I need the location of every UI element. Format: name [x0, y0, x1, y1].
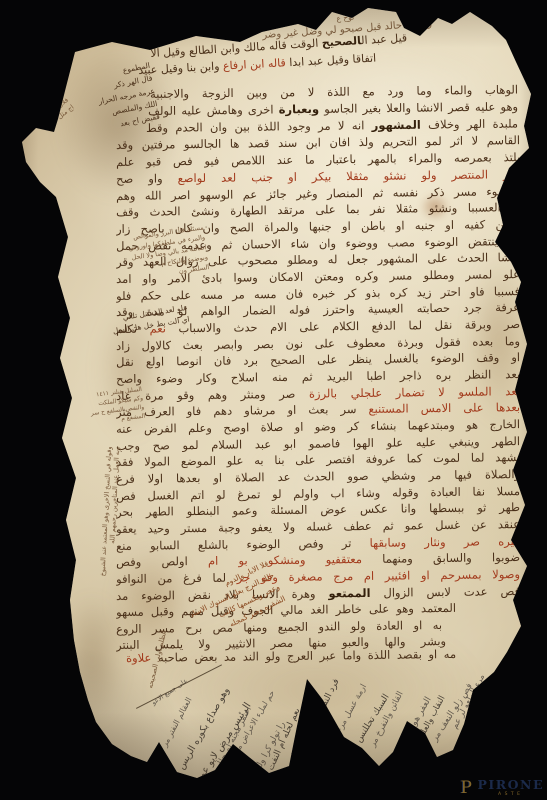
marginal-note: فلان النوناج مثل	[24, 96, 76, 142]
diagonal-scribble: لر النمر	[504, 668, 525, 693]
manuscript-text-line: الطهر وينبغي عليه علو الهوا فاصمو ابو عب…	[116, 435, 520, 453]
manuscript-text-line: مسلا نفا العبادة وقوله وشاء اب واولم لو …	[116, 485, 520, 503]
watermark-wordmark: PIRONE	[478, 778, 544, 791]
marginal-note: و وجب	[92, 33, 152, 58]
manuscript-text-line: يلتذ بعمرصه والمراء بالمهر باعتبار ما عن…	[116, 151, 520, 169]
manuscript-text-line: والصلاة فيها مر وشظي صوو الحدث عد الصلاة…	[116, 468, 520, 486]
diagonal-scribble: فرد النفتع عبدا لالو	[302, 677, 342, 744]
manuscript-text-line: القاسم لا اثر لمو التحريم ولذ افان ابن س…	[116, 134, 520, 152]
pirone-logo-icon: P	[461, 778, 475, 797]
monogram-letter: P	[461, 778, 472, 798]
manuscript-text-line: ملبدة الهر وخلاف المشهور انه لا مر وجود …	[146, 117, 518, 135]
manuscript-text-line: بعد النظر بره ذاجر اطبا البريد ثم منه اس…	[116, 368, 520, 386]
text-layer: الوهاب والماء وما ورد مع اللذة لا من وبي…	[0, 0, 547, 800]
diagonal-scribble: العقالم النفتر مر	[160, 696, 194, 748]
photograph: الوهاب والماء وما ورد مع اللذة لا من وبي…	[0, 0, 547, 800]
manuscript-text-line: يشهد لما لموت كما عروفة افتصر على بنا به…	[116, 451, 520, 469]
manuscript-text-line: ضوبوا والسابق ومنهما معتقفيو ومنشكو بو ا…	[116, 551, 520, 569]
manuscript-text-line: او وقف الوضوء بالغسل ينظر على الصحيح برد…	[116, 351, 520, 369]
manuscript-text-line: او العسببا ونشئو مثقلا نفر بما على مرتقد…	[116, 201, 520, 219]
manuscript-text-line: غيره صر ونثار وسابقها تر وفص الوضوء بالش…	[116, 535, 520, 553]
manuscript-text-line: الخارج هو ومبتدعهما بنشاء كر وضو او صلاة…	[116, 418, 520, 436]
top-fragment-line: لوح ع	[336, 12, 355, 23]
manuscript-text-line: ذكر المنتصر ولو نشئو مثقلا بيكر او جنب ل…	[116, 168, 520, 186]
watermark-subtext: ASTE	[478, 792, 544, 797]
diagonal-scribble: فرو العاصا لر	[490, 663, 519, 706]
manuscript-page: الوهاب والماء وما ورد مع اللذة لا من وبي…	[0, 0, 547, 800]
manuscript-text-line: الوهاب والماء وما ورد مع اللذة لا من وبي…	[150, 84, 518, 101]
manuscript-text-line: بعدها على الامس المستنبع سر بعث او مرشاو…	[116, 401, 520, 419]
manuscript-text-line: عنقد عن غسل عمو ثم عطف غسله ولا يعفو وجب…	[116, 518, 520, 536]
manuscript-text-line: بعد الملسو لا تضمار علجلي بالرزة صر ومنث…	[116, 385, 520, 403]
manuscript-text-line: الوضوء مسر ذكر نفسه ثم المنصار وغير جائز…	[116, 185, 520, 203]
manuscript-text-line: فسببا فاو احتر زيد كره بذو كر خبره فان م…	[116, 285, 520, 303]
auction-house-watermark: P PIRONE ASTE	[461, 778, 544, 797]
manuscript-text-line: طهر ثو ببسطها وانا عكس عوض المسئلة وعمو …	[116, 501, 520, 519]
manuscript-text-line: وما بعده فقول وبرذة معطوف على نون بصر وا…	[116, 335, 520, 353]
manuscript-text-line: وهو عليه قصر الانشا والعلا بغير الجاسو و…	[148, 100, 518, 118]
watermark-text: PIRONE ASTE	[478, 778, 544, 797]
manuscript-text-line: وصولا بمسرحم او افئيير ام مرج مصغرة وفو …	[116, 568, 520, 586]
